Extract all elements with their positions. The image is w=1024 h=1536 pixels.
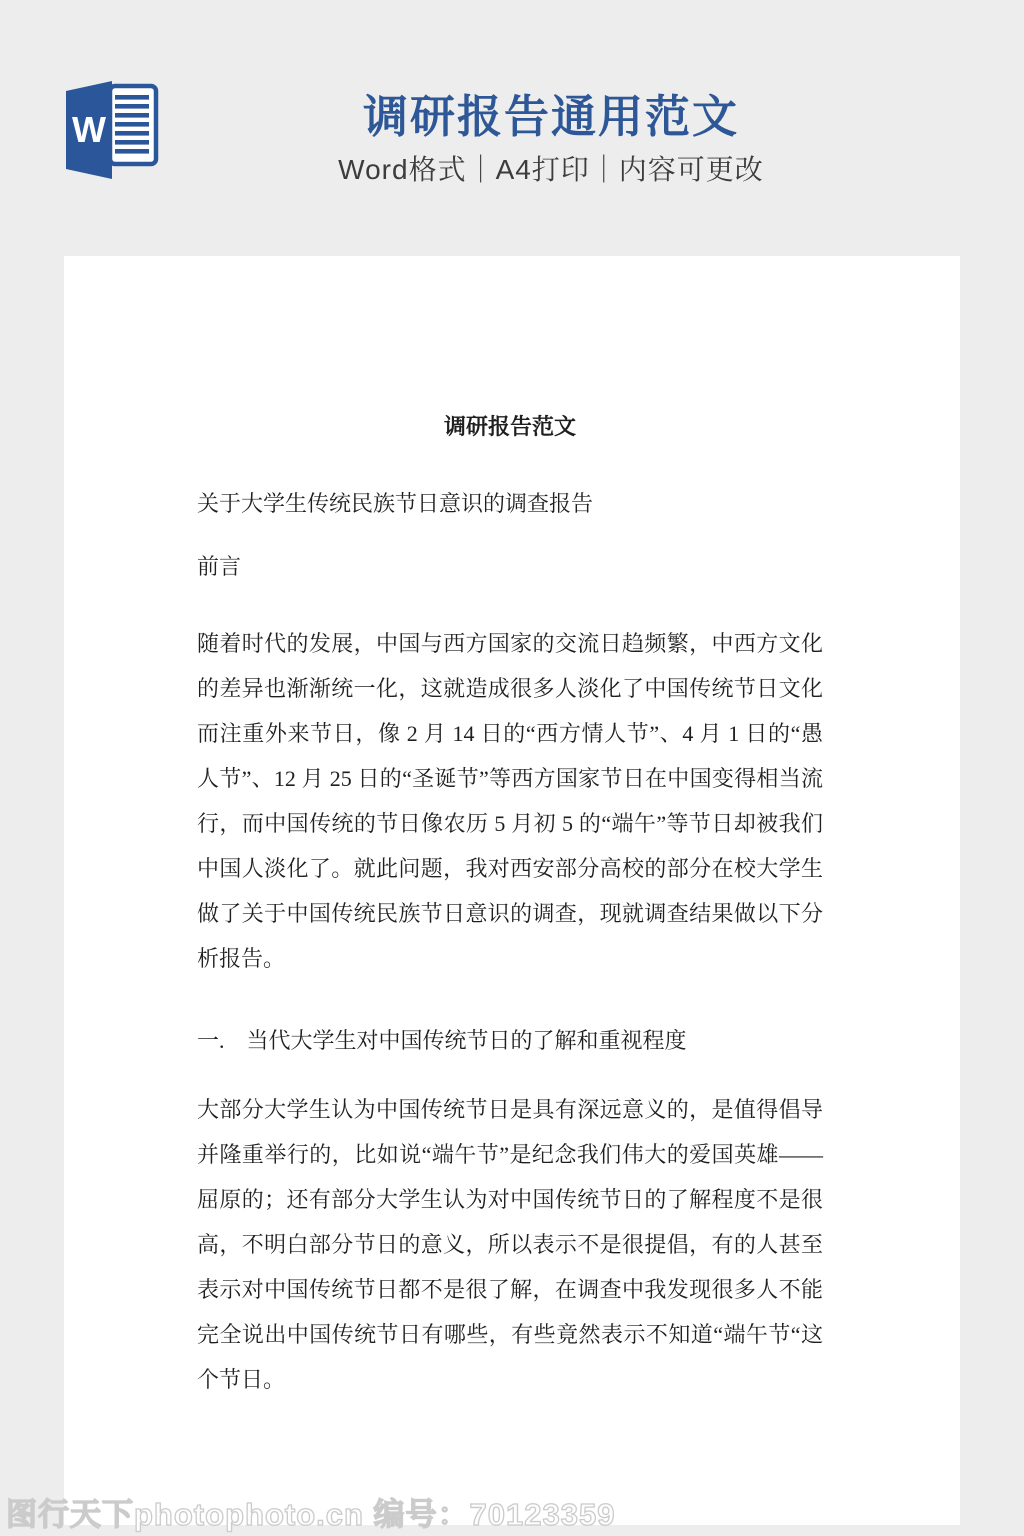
section1-paragraph: 大部分大学生认为中国传统节日是具有深远意义的，是值得倡导并隆重举行的，比如说“端… (197, 1087, 823, 1402)
preface-label: 前言 (197, 544, 823, 589)
document-title: 调研报告范文 (197, 404, 823, 449)
preface-paragraph: 随着时代的发展，中国与西方国家的交流日趋频繁，中西方文化的差异也渐渐统一化，这就… (197, 621, 823, 981)
report-subject-line: 关于大学生传统民族节日意识的调查报告 (197, 481, 823, 526)
section1-heading: 一. 当代大学生对中国传统节日的了解和重视程度 (197, 1018, 823, 1063)
site-watermark: 图行天下photophoto.cn 编号：70123359 (6, 1489, 615, 1534)
document-page: 调研报告范文 关于大学生传统民族节日意识的调查报告 前言 随着时代的发展，中国与… (64, 256, 960, 1525)
template-title: 调研报告通用范文 (78, 94, 1024, 139)
template-preview: W 调研报告通用范文 Word格式｜A4打印｜内容可更改 调研报告范文 关于大学… (0, 0, 1024, 1536)
template-subtitle: Word格式｜A4打印｜内容可更改 (78, 156, 1024, 184)
header-text: 调研报告通用范文 Word格式｜A4打印｜内容可更改 (0, 94, 1024, 184)
